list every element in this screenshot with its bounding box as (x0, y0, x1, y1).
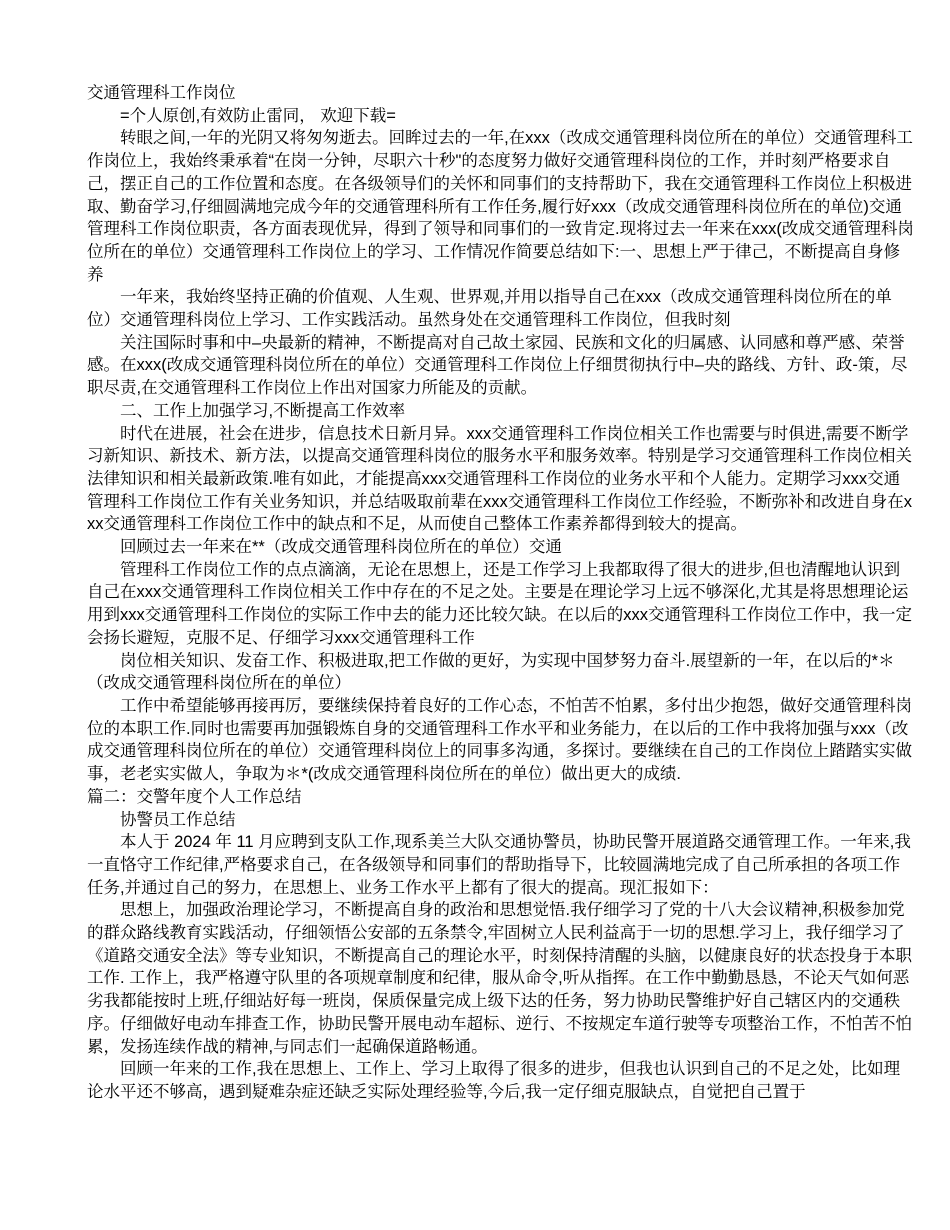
paragraph: 一年来，我始终坚持正确的价值观、人生观、世界观,并用以指导自己在xxx（改成交通… (87, 286, 915, 331)
section-heading: 二、工作上加强学习,不断提高工作效率 (87, 400, 915, 423)
anti-plagiarism-note: =个人原创,有效防止雷同， 欢迎下载= (87, 105, 915, 128)
paragraph: 时代在进展，社会在进步，信息技术日新月异。xxx交通管理科工作岗位相关工作也需要… (87, 423, 915, 537)
document-title: 交通管理科工作岗位 (87, 82, 915, 105)
paragraph: 管理科工作岗位工作的点点滴滴，无论在思想上，还是工作学习上我都取得了很大的进步,… (87, 559, 915, 650)
paragraph: 工作中希望能够再接再厉，要继续保持着良好的工作心态，不怕苦不怕累，多付出少抱怨，… (87, 695, 915, 786)
part-two-heading: 篇二：交警年度个人工作总结 (87, 786, 915, 809)
document-page: 交通管理科工作岗位=个人原创,有效防止雷同， 欢迎下载=转眼之间,一年的光阴又将… (0, 0, 950, 1230)
paragraph: 关注国际时事和中–央最新的精神，不断提高对自己故土家园、民族和文化的归属感、认同… (87, 332, 915, 400)
part-two-subtitle: 协警员工作总结 (87, 809, 915, 832)
paragraph: 回顾过去一年来在**（改成交通管理科岗位所在的单位）交通 (87, 536, 915, 559)
paragraph: 回顾一年来的工作,我在思想上、工作上、学习上取得了很多的进步，但我也认识到自己的… (87, 1058, 915, 1103)
paragraph: 思想上，加强政治理论学习，不断提高自身的政治和思想觉悟.我仔细学习了党的十八大会… (87, 899, 915, 1058)
paragraph: 岗位相关知识、发奋工作、积极进取,把工作做的更好，为实现中国梦努力奋斗.展望新的… (87, 650, 915, 695)
paragraph: 转眼之间,一年的光阴又将匆匆逝去。回眸过去的一年,在xxx（改成交通管理科岗位所… (87, 127, 915, 286)
document-body: 交通管理科工作岗位=个人原创,有效防止雷同， 欢迎下载=转眼之间,一年的光阴又将… (87, 82, 915, 1104)
paragraph: 本人于 2024 年 11 月应聘到支队工作,现系美兰大队交通协警员，协助民警开… (87, 831, 915, 899)
